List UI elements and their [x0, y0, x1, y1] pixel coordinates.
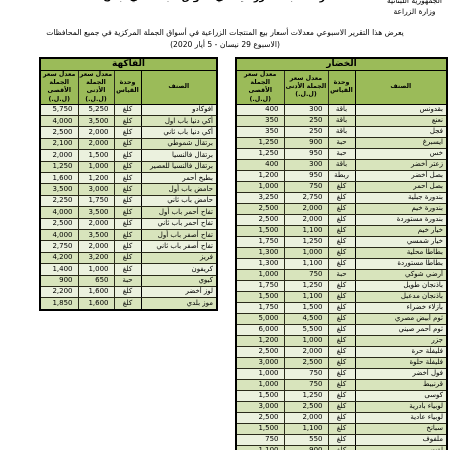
table-row: خيار شمسيكلغ1,2501,750 [236, 236, 447, 247]
unit-cell: باقة [328, 159, 355, 170]
unit-cell: كلغ [328, 390, 355, 401]
max-cell: 1,000 [236, 379, 284, 390]
table-title-row: الخضار [236, 58, 447, 71]
max-cell: 1,500 [236, 390, 284, 401]
min-cell: 2,000 [78, 241, 114, 252]
unit-cell: كلغ [114, 150, 141, 161]
max-cell: 3,000 [236, 357, 284, 368]
table-row: لوبياء بادريةكلغ2,5003,000 [236, 401, 447, 412]
min-cell: 1,250 [284, 236, 328, 247]
min-cell: 1,000 [78, 161, 114, 172]
min-cell: 5,500 [284, 324, 328, 335]
unit-cell: باقة [328, 126, 355, 137]
table-row: بطيخ أحمركلغ1,2001,600 [40, 173, 217, 184]
table-header-row: الصنفوحدة القياسمعدل سعر الجملة الأدنى (… [40, 71, 217, 105]
min-cell: 650 [78, 275, 114, 286]
unit-cell: كلغ [328, 379, 355, 390]
name-cell: ثوم أبيض مصري [355, 313, 447, 324]
max-cell: 1,750 [236, 302, 284, 313]
table-row: نعنعباقة250350 [236, 115, 447, 126]
name-cell: فليفلة حرة [355, 346, 447, 357]
table-row: موز بلديكلغ1,6001,850 [40, 298, 217, 310]
unit-cell: كلغ [114, 127, 141, 138]
min-cell: 1,100 [284, 423, 328, 434]
max-cell: 1,400 [40, 264, 78, 275]
min-cell: 4,500 [284, 313, 328, 324]
name-cell: بندورة مستوردة [355, 214, 447, 225]
table-row: تفاح أصفر باب ثانيكلغ2,0002,750 [40, 241, 217, 252]
table-row: حامض باب ثانيكلغ1,7502,250 [40, 195, 217, 206]
table-row: بندورة جبليةكلغ2,7503,250 [236, 192, 447, 203]
subtitle-line2: (الاسبوع 29 نيسان - 5 أيار 2020) [0, 39, 450, 51]
unit-cell: كلغ [328, 434, 355, 445]
name-cell: برتقال شموطي [141, 138, 217, 149]
name-cell: خيار شمسي [355, 236, 447, 247]
table-row: بصل أحمركلغ7501,000 [236, 181, 447, 192]
table-row: فول أخضركلغ7501,000 [236, 368, 447, 379]
table-row: تفاح أحمر باب ثانيكلغ2,0002,500 [40, 218, 217, 229]
name-cell: نعنع [355, 115, 447, 126]
name-cell: حامض باب أول [141, 184, 217, 195]
vegetables-table: الخضارالصنفوحدة القياسمعدل سعر الجملة ال… [237, 57, 448, 450]
unit-cell: كلغ [328, 324, 355, 335]
min-cell: 750 [284, 269, 328, 280]
name-cell: بطاطا مستوردة [355, 258, 447, 269]
unit-cell: كلغ [328, 401, 355, 412]
max-cell: 2,100 [40, 138, 78, 149]
name-cell: موز بلدي [141, 298, 217, 310]
unit-cell: حبة [114, 275, 141, 286]
unit-cell: كلغ [328, 280, 355, 291]
table-row: افوكادوكلغ5,2505,750 [40, 104, 217, 115]
unit-cell: كلغ [114, 161, 141, 172]
table-row: برتقال فالنسياكلغ1,5002,000 [40, 150, 217, 161]
max-cell: 1,100 [236, 445, 284, 450]
unit-cell: كلغ [114, 241, 141, 252]
max-cell: 3,000 [236, 401, 284, 412]
min-cell: 950 [284, 170, 328, 181]
column-header: معدل سعر الجملة الأقصى (ل.ل.) [236, 71, 284, 105]
name-cell: بصل أحمر [355, 181, 447, 192]
min-cell: 3,500 [78, 229, 114, 240]
table-row: أكي دنيا باب ثانيكلغ2,0002,500 [40, 127, 217, 138]
unit-cell: كلغ [114, 173, 141, 184]
max-cell: 3,250 [236, 192, 284, 203]
max-cell: 1,000 [236, 269, 284, 280]
min-cell: 2,000 [284, 214, 328, 225]
unit-cell: كلغ [328, 247, 355, 258]
max-cell: 3,500 [40, 184, 78, 195]
unit-cell: كلغ [328, 445, 355, 450]
max-cell: 900 [40, 275, 78, 286]
table-row: بقدونسباقة300400 [236, 104, 447, 115]
max-cell: 2,500 [236, 346, 284, 357]
table-row: كوسىكلغ1,2501,500 [236, 390, 447, 401]
min-cell: 2,000 [78, 138, 114, 149]
max-cell: 1,300 [236, 258, 284, 269]
name-cell: كيوي [141, 275, 217, 286]
unit-cell: كلغ [328, 368, 355, 379]
table-row: لوز أخضركلغ1,6002,200 [40, 286, 217, 297]
column-header: وحدة القياس [328, 71, 355, 105]
max-cell: 2,750 [40, 241, 78, 252]
name-cell: فول أخضر [355, 368, 447, 379]
min-cell: 2,000 [78, 127, 114, 138]
table-row: فليفلة حرةكلغ2,0002,500 [236, 346, 447, 357]
min-cell: 1,500 [284, 302, 328, 313]
unit-cell: كلغ [328, 357, 355, 368]
max-cell: 2,500 [40, 127, 78, 138]
name-cell: خيار خيم [355, 225, 447, 236]
min-cell: 300 [284, 104, 328, 115]
name-cell: لفت [355, 445, 447, 450]
min-cell: 1,200 [78, 173, 114, 184]
min-cell: 2,000 [78, 218, 114, 229]
table-row: بطاطا محليةكلغ1,0001,300 [236, 247, 447, 258]
min-cell: 2,500 [284, 357, 328, 368]
min-cell: 2,500 [284, 401, 328, 412]
unit-cell: كلغ [328, 192, 355, 203]
table-header-row: الصنفوحدة القياسمعدل سعر الجملة الأدنى (… [236, 71, 447, 105]
max-cell: 1,850 [40, 298, 78, 310]
name-cell: تفاح أحمر باب ثاني [141, 218, 217, 229]
unit-cell: كلغ [114, 286, 141, 297]
unit-cell: كلغ [114, 229, 141, 240]
max-cell: 4,200 [40, 252, 78, 263]
max-cell: 5,750 [40, 104, 78, 115]
unit-cell: حبة [328, 137, 355, 148]
name-cell: ملفوف [355, 434, 447, 445]
table-row: زعتر أخضرباقة300400 [236, 159, 447, 170]
name-cell: بندورة جبلية [355, 192, 447, 203]
unit-cell: كلغ [328, 258, 355, 269]
table-row: خسحبة9501,250 [236, 148, 447, 159]
table-row: باذنجان طويلكلغ1,2501,750 [236, 280, 447, 291]
max-cell: 1,500 [236, 423, 284, 434]
min-cell: 1,100 [284, 291, 328, 302]
min-cell: 1,500 [78, 150, 114, 161]
min-cell: 250 [284, 115, 328, 126]
name-cell: خس [355, 148, 447, 159]
min-cell: 1,250 [284, 390, 328, 401]
name-cell: أكي دنيا باب اول [141, 116, 217, 127]
unit-cell: كلغ [328, 302, 355, 313]
name-cell: فليفلة حلوة [355, 357, 447, 368]
unit-cell: كلغ [114, 104, 141, 115]
unit-cell: كلغ [328, 423, 355, 434]
max-cell: 350 [236, 115, 284, 126]
table-row: فريزكلغ3,2004,200 [40, 252, 217, 263]
table-row: برتقال شموطيكلغ2,0002,100 [40, 138, 217, 149]
name-cell: زعتر أخضر [355, 159, 447, 170]
table-row: أرضي شوكيحبة7501,000 [236, 269, 447, 280]
min-cell: 300 [284, 159, 328, 170]
max-cell: 2,000 [40, 150, 78, 161]
min-cell: 900 [284, 137, 328, 148]
max-cell: 400 [236, 159, 284, 170]
unit-cell: كلغ [114, 264, 141, 275]
unit-cell: كلغ [114, 184, 141, 195]
max-cell: 5,000 [236, 313, 284, 324]
name-cell: تفاح أحمر باب أول [141, 207, 217, 218]
name-cell: بقدونس [355, 104, 447, 115]
unit-cell: كلغ [328, 214, 355, 225]
name-cell: كوسى [355, 390, 447, 401]
table-row: خيار خيمكلغ1,1001,500 [236, 225, 447, 236]
name-cell: حامض باب ثاني [141, 195, 217, 206]
table-row: قرنبيطكلغ7501,000 [236, 379, 447, 390]
column-header: معدل سعر الجملة الأقصى (ل.ل.) [40, 71, 78, 105]
table-row: لوبياء عاديةكلغ2,0002,500 [236, 412, 447, 423]
table-row: بصل أخضرربطة9501,200 [236, 170, 447, 181]
max-cell: 2,500 [236, 214, 284, 225]
max-cell: 750 [236, 434, 284, 445]
min-cell: 750 [284, 181, 328, 192]
table-row: حامض باب أولكلغ3,0003,500 [40, 184, 217, 195]
table-row: باذنجان مدعبلكلغ1,1001,500 [236, 291, 447, 302]
max-cell: 350 [236, 126, 284, 137]
unit-cell: كلغ [328, 236, 355, 247]
name-cell: باذنجان طويل [355, 280, 447, 291]
min-cell: 750 [284, 368, 328, 379]
name-cell: فجل [355, 126, 447, 137]
max-cell: 1,250 [236, 137, 284, 148]
name-cell: كريفون [141, 264, 217, 275]
unit-cell: ربطة [328, 170, 355, 181]
max-cell: 4,000 [40, 207, 78, 218]
price-table: الفاكهةالصنفوحدة القياسمعدل سعر الجملة ا… [39, 57, 218, 311]
table-row: برتقال فالنسيا للعصيركلغ1,0001,250 [40, 161, 217, 172]
price-table: الخضارالصنفوحدة القياسمعدل سعر الجملة ال… [235, 57, 448, 450]
min-cell: 1,000 [78, 264, 114, 275]
table-row: فجلباقة250350 [236, 126, 447, 137]
ministry-line2: وزارة الزراعة [387, 6, 442, 17]
max-cell: 1,300 [236, 247, 284, 258]
table-title: الفاكهة [40, 58, 217, 71]
unit-cell: كلغ [114, 298, 141, 310]
unit-cell: كلغ [328, 412, 355, 423]
table-row: ثوم أحمر صينيكلغ5,5006,000 [236, 324, 447, 335]
min-cell: 1,100 [284, 258, 328, 269]
max-cell: 2,500 [236, 203, 284, 214]
report-page: { "header": { "ministry_line1": "الجمهور… [0, 0, 450, 450]
max-cell: 6,000 [236, 324, 284, 335]
unit-cell: كلغ [114, 195, 141, 206]
name-cell: بازلاء خضراء [355, 302, 447, 313]
table-title: الخضار [236, 58, 447, 71]
name-cell: فريز [141, 252, 217, 263]
max-cell: 1,200 [236, 335, 284, 346]
max-cell: 1,250 [40, 161, 78, 172]
min-cell: 3,500 [78, 116, 114, 127]
table-row: بندورة خيمكلغ2,0002,500 [236, 203, 447, 214]
min-cell: 3,500 [78, 207, 114, 218]
max-cell: 1,600 [40, 173, 78, 184]
min-cell: 750 [284, 379, 328, 390]
name-cell: تفاح أصفر باب ثاني [141, 241, 217, 252]
table-row: جزركلغ1,0001,200 [236, 335, 447, 346]
min-cell: 1,000 [284, 335, 328, 346]
column-header: الصنف [141, 71, 217, 105]
min-cell: 2,000 [284, 412, 328, 423]
unit-cell: كلغ [114, 218, 141, 229]
name-cell: بطيخ أحمر [141, 173, 217, 184]
name-cell: بطاطا محلية [355, 247, 447, 258]
min-cell: 1,000 [284, 247, 328, 258]
table-row: كيويحبة650900 [40, 275, 217, 286]
table-row: تفاح أصفر باب أولكلغ3,5004,000 [40, 229, 217, 240]
unit-cell: كلغ [114, 207, 141, 218]
name-cell: تفاح أصفر باب أول [141, 229, 217, 240]
name-cell: جزر [355, 335, 447, 346]
max-cell: 2,250 [40, 195, 78, 206]
unit-cell: باقة [328, 104, 355, 115]
max-cell: 1,000 [236, 181, 284, 192]
max-cell: 4,000 [40, 116, 78, 127]
name-cell: لوبياء عادية [355, 412, 447, 423]
min-cell: 1,600 [78, 286, 114, 297]
max-cell: 1,250 [236, 148, 284, 159]
name-cell: أرضي شوكي [355, 269, 447, 280]
max-cell: 2,500 [40, 218, 78, 229]
min-cell: 5,250 [78, 104, 114, 115]
table-row: لفتكلغ9001,100 [236, 445, 447, 450]
unit-cell: كلغ [114, 116, 141, 127]
max-cell: 2,200 [40, 286, 78, 297]
table-row: بطاطا مستوردةكلغ1,1001,300 [236, 258, 447, 269]
min-cell: 3,000 [78, 184, 114, 195]
unit-cell: كلغ [328, 335, 355, 346]
name-cell: بندورة خيم [355, 203, 447, 214]
min-cell: 1,750 [78, 195, 114, 206]
column-header: وحدة القياس [114, 71, 141, 105]
unit-cell: كلغ [114, 138, 141, 149]
unit-cell: كلغ [328, 225, 355, 236]
name-cell: افوكادو [141, 104, 217, 115]
column-header: معدل سعر الجملة الأدنى (ل.ل.) [78, 71, 114, 105]
max-cell: 1,000 [236, 368, 284, 379]
unit-cell: كلغ [114, 252, 141, 263]
unit-cell: كلغ [328, 181, 355, 192]
table-row: ثوم أبيض مصريكلغ4,5005,000 [236, 313, 447, 324]
max-cell: 1,500 [236, 291, 284, 302]
unit-cell: كلغ [328, 291, 355, 302]
column-header: معدل سعر الجملة الأدنى (ل.ل.) [284, 71, 328, 105]
name-cell: لوبياء بادرية [355, 401, 447, 412]
name-cell: برتقال فالنسيا للعصير [141, 161, 217, 172]
table-row: أكي دنيا باب اولكلغ3,5004,000 [40, 116, 217, 127]
table-row: ملفوفكلغ550750 [236, 434, 447, 445]
min-cell: 2,750 [284, 192, 328, 203]
table-row: ايسبرغحبة9001,250 [236, 137, 447, 148]
min-cell: 2,000 [284, 346, 328, 357]
max-cell: 1,750 [236, 236, 284, 247]
unit-cell: حبة [328, 148, 355, 159]
min-cell: 2,000 [284, 203, 328, 214]
unit-cell: كلغ [328, 203, 355, 214]
name-cell: ايسبرغ [355, 137, 447, 148]
min-cell: 1,600 [78, 298, 114, 310]
max-cell: 400 [236, 104, 284, 115]
max-cell: 2,500 [236, 412, 284, 423]
max-cell: 1,200 [236, 170, 284, 181]
column-header: الصنف [355, 71, 447, 105]
table-row: بازلاء خضراءكلغ1,5001,750 [236, 302, 447, 313]
max-cell: 1,500 [236, 225, 284, 236]
max-cell: 1,750 [236, 280, 284, 291]
name-cell: أكي دنيا باب ثاني [141, 127, 217, 138]
max-cell: 4,000 [40, 229, 78, 240]
name-cell: سبانخ [355, 423, 447, 434]
min-cell: 950 [284, 148, 328, 159]
min-cell: 3,200 [78, 252, 114, 263]
name-cell: باذنجان مدعبل [355, 291, 447, 302]
name-cell: قرنبيط [355, 379, 447, 390]
min-cell: 550 [284, 434, 328, 445]
min-cell: 1,250 [284, 280, 328, 291]
unit-cell: حبة [328, 269, 355, 280]
min-cell: 900 [284, 445, 328, 450]
page-title: اسعار المنتجات الزراعية في اسواق الجملة … [0, 0, 450, 3]
name-cell: لوز أخضر [141, 286, 217, 297]
table-row: تفاح أحمر باب أولكلغ3,5004,000 [40, 207, 217, 218]
table-row: سبانخكلغ1,1001,500 [236, 423, 447, 434]
table-title-row: الفاكهة [40, 58, 217, 71]
name-cell: بصل أخضر [355, 170, 447, 181]
name-cell: ثوم أحمر صيني [355, 324, 447, 335]
name-cell: برتقال فالنسيا [141, 150, 217, 161]
table-row: فليفلة حلوةكلغ2,5003,000 [236, 357, 447, 368]
unit-cell: باقة [328, 115, 355, 126]
min-cell: 250 [284, 126, 328, 137]
table-row: بندورة مستوردةكلغ2,0002,500 [236, 214, 447, 225]
min-cell: 1,100 [284, 225, 328, 236]
subtitle-line1: يعرض هذا التقرير الاسبوعي معدلات أسعار ب… [0, 27, 450, 39]
unit-cell: كلغ [328, 346, 355, 357]
unit-cell: كلغ [328, 313, 355, 324]
table-row: كريفونكلغ1,0001,400 [40, 264, 217, 275]
report-subtitle: يعرض هذا التقرير الاسبوعي معدلات أسعار ب… [0, 27, 450, 50]
fruits-table: الفاكهةالصنفوحدة القياسمعدل سعر الجملة ا… [41, 57, 218, 311]
